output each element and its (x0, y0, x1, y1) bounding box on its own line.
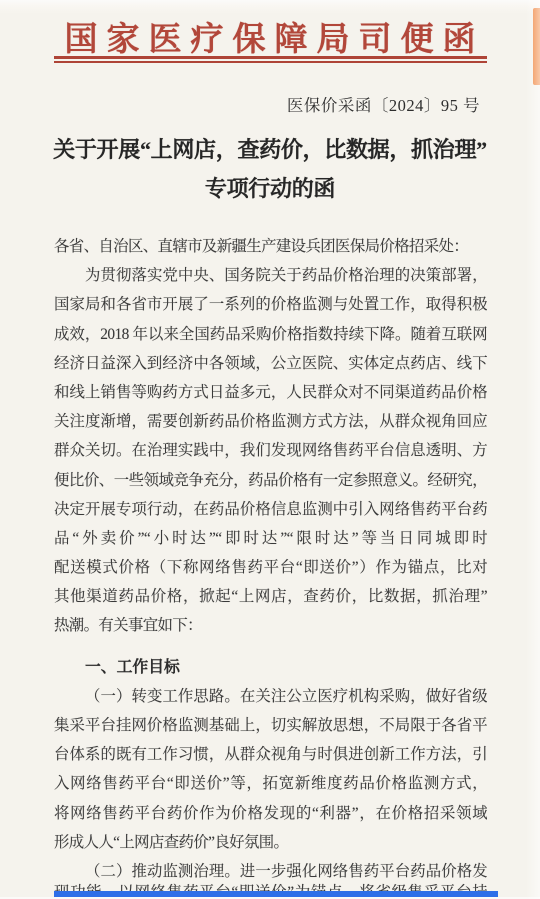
letterhead-title: 国家医疗保障局司便函 (0, 13, 540, 60)
body-line: 热潮。有关事宜如下： (54, 611, 487, 640)
body-line: 经济日益深入到经济中各领域，公立医院、实体定点药店、线下 (54, 349, 487, 378)
body-line: 台体系的既有工作习惯，从群众视角与时俱进创新工作方法，引 (54, 740, 487, 769)
document-title-line2: 专项行动的函 (28, 169, 512, 208)
body-line: 和线上销售等购药方式日益多元，人民群众对不同渠道药品价格 (54, 378, 487, 407)
document-title-line1: 关于开展“上网店，查药价，比数据，抓治理” (28, 130, 512, 169)
scrollbar-thumb[interactable] (533, 8, 540, 85)
body-line: 集采平台挂网价格监测基础上，切实解放思想，不局限于各省平 (54, 711, 487, 740)
body-line: 群众关切。在治理实践中，我们发现网络售药平台信息透明、方 (54, 436, 487, 465)
doc-number: 医保价采函〔2024〕95 号 (287, 92, 480, 116)
body-line: （一）转变工作思路。在关注公立医疗机构采购，做好省级 (54, 682, 487, 711)
document-title: 关于开展“上网店，查药价，比数据，抓治理” 专项行动的函 (28, 130, 512, 208)
letterhead-double-rule (54, 56, 487, 63)
body-line: 决定开展专项行动，在药品价格信息监测中引入网络售药平台药 (54, 495, 487, 524)
body-line: 各省、自治区、直辖市及新疆生产建设兵团医保局价格招采处： (54, 232, 487, 261)
body-line: 配送模式价格（下称网络售药平台“即送价”）作为锚点，比对 (54, 553, 487, 582)
body-line: 国家局和各省市开展了一系列的价格监测与处置工作，取得积极 (54, 290, 487, 319)
body-lines: 各省、自治区、直辖市及新疆生产建设兵团医保局价格招采处：为贯彻落实党中央、国务院… (54, 232, 487, 899)
body-line: 成效，2018 年以来全国药品采购价格指数持续下降。随着互联网 (54, 320, 487, 349)
body-line: 入网络售药平台“即送价”等，拓宽新维度药品价格监测方式， (54, 769, 487, 798)
body-line: 品“外卖价”“小时达”“即时达”“限时达”等当日同城即时 (54, 524, 487, 553)
body-line: 形成人人“上网店查药价”良好氛围。 (54, 828, 487, 857)
body-line: 一、工作目标 (54, 653, 487, 682)
body-line: 关注度渐增，需要创新药品价格监测方式方法，从群众视角回应 (54, 407, 487, 436)
body-line: 将网络售药平台药价作为价格发现的“利器”，在价格招采领域 (54, 799, 487, 828)
document-page: 国家医疗保障局司便函 医保价采函〔2024〕95 号 关于开展“上网店，查药价，… (0, 0, 540, 899)
body-line: 便比价、一些领域竞争充分，药品价格有一定参照意义。经研究， (54, 466, 487, 495)
body-line: 为贯彻落实党中央、国务院关于药品价格治理的决策部署， (54, 261, 487, 290)
body-line: 其他渠道药品价格，掀起“上网店，查药价，比数据，抓治理” (54, 582, 487, 611)
